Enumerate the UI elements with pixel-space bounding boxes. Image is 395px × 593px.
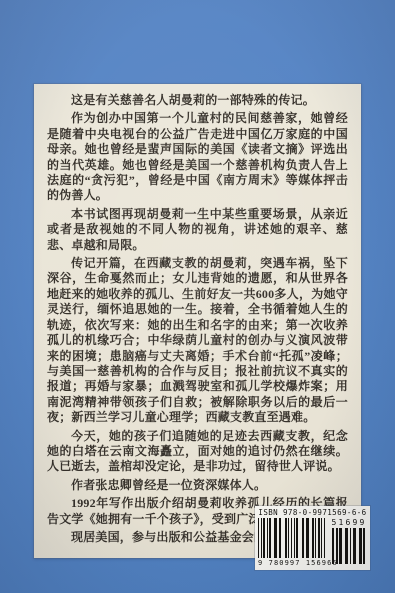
synopsis-paragraph-intro: 这是有关慈善名人胡曼莉的一部特殊的传记。 bbox=[47, 93, 348, 108]
isbn-label: ISBN 978-0-9971569-6-6 bbox=[258, 508, 367, 517]
ean-number: 9 780997 156966 bbox=[258, 559, 328, 568]
author-bio-line-1: 作者张忠卿曾经是一位资深媒体人。 bbox=[47, 478, 348, 493]
synopsis-panel: 这是有关慈善名人胡曼莉的一部特殊的传记。 作为创办中国第一个儿童村的民间慈善家，… bbox=[34, 84, 361, 558]
synopsis-paragraph-legacy: 今天，她的孩子们追随她的足迹去西藏支教，纪念她的白塔在云南文海矗立，面对她的追讨… bbox=[47, 429, 348, 475]
synopsis-paragraph-reputation: 作为创办中国第一个儿童村的民间慈善家，她曾经是随着中央电视台的公益广告走进中国亿… bbox=[47, 111, 348, 203]
synopsis-paragraph-purpose: 本书试图再现胡曼莉一生中某些重要场景，从亲近或者是敌视她的不同人物的视角，讲述她… bbox=[47, 207, 348, 253]
synopsis-paragraph-life-story: 传记开篇，在西藏支教的胡曼莉，突遇车祸，坠下深谷，生命戛然而止；女儿违背她的遗愿… bbox=[47, 256, 348, 425]
ean-barcode bbox=[258, 518, 328, 558]
price-addon-number: 51699 bbox=[331, 518, 367, 527]
barcode-box: ISBN 978-0-9971569-6-6 9 780997 156966 5… bbox=[255, 506, 370, 570]
price-addon-barcode bbox=[332, 528, 366, 564]
